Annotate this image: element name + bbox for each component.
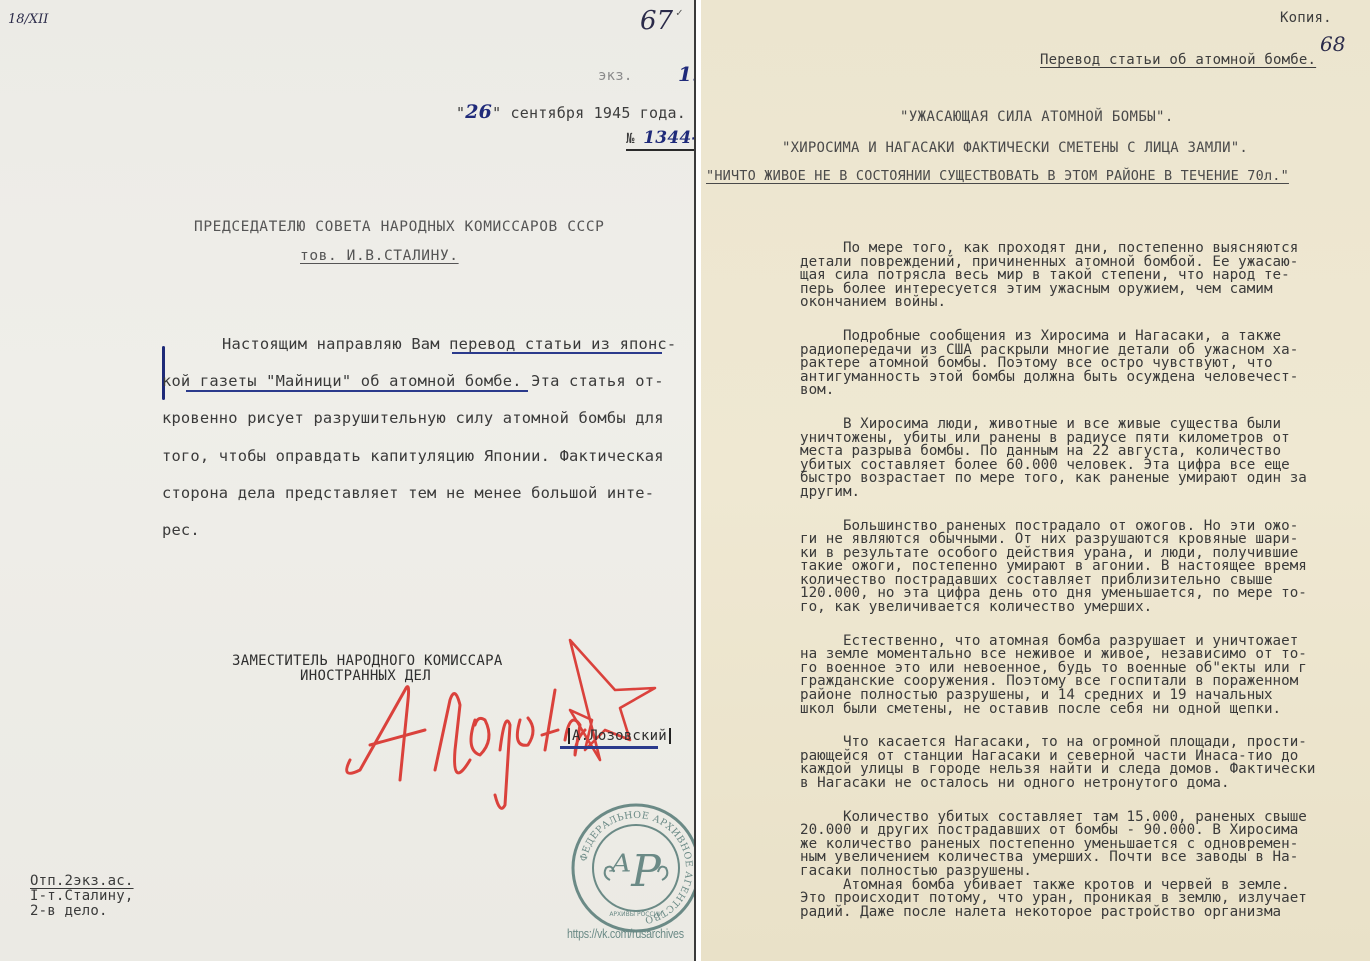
paragraph: Что касается Нагасаки, то на огромной пл… xyxy=(800,736,1366,790)
archive-url-link[interactable]: https://vk.com/rusarchives xyxy=(567,926,684,941)
distribution-header: Отп.2экз.ас. xyxy=(30,874,134,889)
paragraph: В Хиросима люди, животные и все живые су… xyxy=(800,418,1366,500)
paragraph: Количество убитых составляет там 15.000,… xyxy=(800,811,1366,879)
cover-letter-page: 18/XII 67 ✓ экз. 1. "26" сентября 1945 г… xyxy=(0,0,696,961)
number-value: 1344-Л. xyxy=(643,128,696,148)
body-line: рес. xyxy=(162,512,692,549)
svg-text:АРХИВЫ РОССИИ: АРХИВЫ РОССИИ xyxy=(609,911,662,918)
document-date: "26" сентября 1945 года. xyxy=(456,101,686,123)
body-line: того, чтобы оправдать капитуляцию Японии… xyxy=(162,438,692,475)
text-line: школ были сметены, не оставив после себя… xyxy=(800,703,1366,717)
paragraph: Атомная бомба убивает также кротов и чер… xyxy=(800,879,1366,920)
distribution-list: Отп.2экз.ас. I-т.Сталину, 2-в дело. xyxy=(30,874,134,919)
text-line: антигуманность этой бомбы должна быть ос… xyxy=(800,371,1366,385)
text-line: го, как увеличивается количество умерших… xyxy=(800,601,1366,615)
distribution-item: I-т.Сталину, xyxy=(30,889,134,904)
body-line: Настоящим направляю Вам перевод статьи и… xyxy=(162,326,692,363)
archive-corner-note: 18/XII xyxy=(8,12,48,27)
paragraph: Подробные сообщения из Хиросима и Нагаса… xyxy=(800,330,1366,398)
distribution-item: 2-в дело. xyxy=(30,904,134,919)
paragraph: Большинство раненых пострадало от ожогов… xyxy=(800,520,1366,615)
body-line: сторона дела представляет тем не менее б… xyxy=(162,475,692,512)
pencil-underline xyxy=(452,352,662,354)
text-line: в Нагасаки не осталось ни одного нетрону… xyxy=(800,777,1366,791)
svg-text:ᴬP: ᴬP xyxy=(608,846,662,897)
letter-body: Настоящим направляю Вам перевод статьи и… xyxy=(162,326,692,549)
pencil-underline xyxy=(560,746,658,749)
text-line: окончанием войны. xyxy=(800,296,1366,310)
text-line: быстро возрастает по мере того, как ране… xyxy=(800,472,1366,486)
addressee-name: тов. И.В.СТАЛИНУ. xyxy=(300,248,459,264)
copy-label: Копия. xyxy=(1280,10,1332,26)
text-line: радий. Даже после налета некоторое растр… xyxy=(800,906,1366,920)
body-line: кровенно рисует разрушительную силу атом… xyxy=(162,400,692,437)
page-number: 68 xyxy=(1320,32,1345,56)
article-body: По мере того, как проходят дни, постепен… xyxy=(800,242,1366,919)
text-line: вом. xyxy=(800,384,1366,398)
number-prefix: № xyxy=(626,131,635,147)
translation-heading: Перевод статьи об атомной бомбе. xyxy=(1040,52,1316,68)
text-line: другим. xyxy=(800,486,1366,500)
archive-stamp-icon: ФЕДЕРАЛЬНОЕ АРХИВНОЕ АГЕНТСТВО АРХИВЫ РО… xyxy=(570,802,696,934)
article-title: "УЖАСАЮЩАЯ СИЛА АТОМНОЙ БОМБЫ". xyxy=(900,109,1174,125)
addressee-title: ПРЕДСЕДАТЕЛЮ СОВЕТА НАРОДНЫХ КОМИССАРОВ … xyxy=(194,219,605,235)
pencil-underline xyxy=(186,390,528,392)
date-day: 26 xyxy=(465,101,492,123)
body-line: кой газеты "Майници" об атомной бомбе. Э… xyxy=(162,363,692,400)
document-number: № 1344-Л. xyxy=(626,128,696,151)
page-number: 67 xyxy=(640,6,673,36)
article-subtitle: "НИЧТО ЖИВОЕ НЕ В СОСТОЯНИИ СУЩЕСТВОВАТЬ… xyxy=(706,168,1289,184)
article-subtitle: "ХИРОСИМА И НАГАСАКИ ФАКТИЧЕСКИ СМЕТЕНЫ … xyxy=(782,140,1248,156)
date-rest: сентября 1945 года. xyxy=(511,104,686,122)
copy-number: 1. xyxy=(678,62,696,86)
red-signature-icon xyxy=(330,630,660,810)
copy-label: экз. xyxy=(598,68,633,84)
check-mark-icon: ✓ xyxy=(676,6,683,19)
paragraph: Естественно, что атомная бомба разрушает… xyxy=(800,635,1366,717)
signatory-name: А.Лозовский xyxy=(568,728,671,744)
paragraph: По мере того, как проходят дни, постепен… xyxy=(800,242,1366,310)
